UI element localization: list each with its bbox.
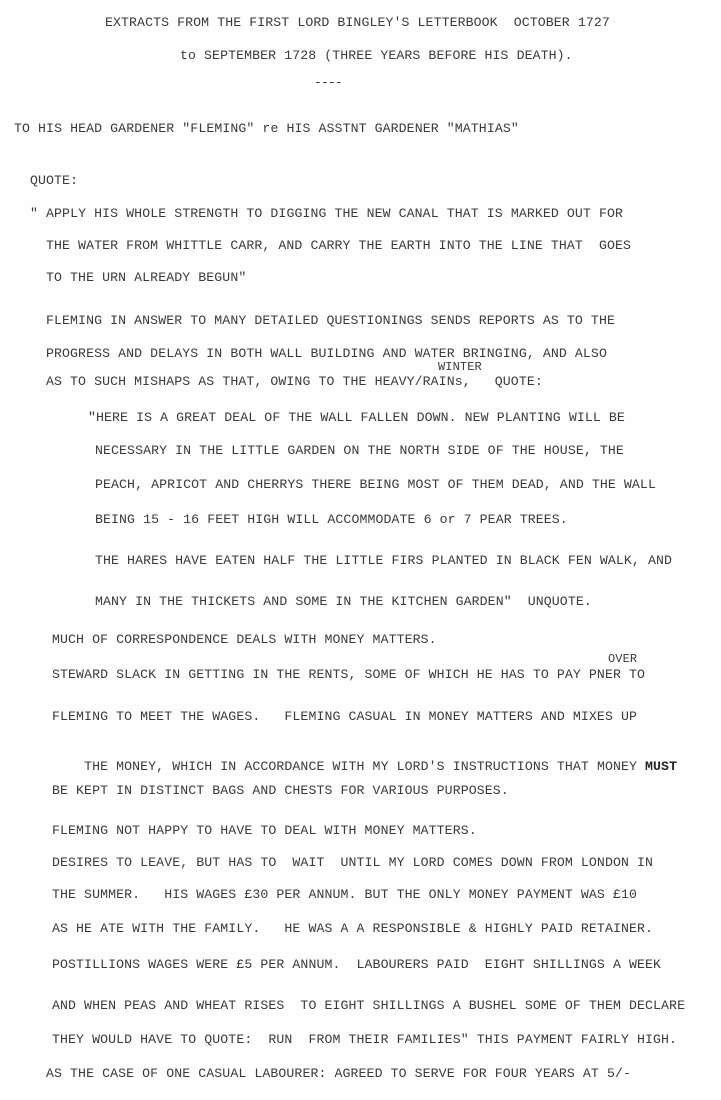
closing-line-8: AS THE CASE OF ONE CASUAL LABOURER: AGRE… — [46, 1066, 631, 1082]
reports-line-3: AS TO SUCH MISHAPS AS THAT, OWING TO THE… — [46, 374, 543, 390]
closing-line-3: THE SUMMER. HIS WAGES £30 PER ANNUM. BUT… — [52, 887, 637, 903]
title-line-1: EXTRACTS FROM THE FIRST LORD BINGLEY'S L… — [105, 15, 610, 31]
quote1-line-2: THE WATER FROM WHITTLE CARR, AND CARRY T… — [46, 238, 631, 254]
quote2-line-5: THE HARES HAVE EATEN HALF THE LITTLE FIR… — [95, 553, 672, 569]
title-line-2: to SEPTEMBER 1728 (THREE YEARS BEFORE HI… — [180, 48, 573, 64]
separator: ---- — [314, 75, 342, 91]
money-line-1: MUCH OF CORRESPONDENCE DEALS WITH MONEY … — [52, 632, 437, 648]
money-line-2: STEWARD SLACK IN GETTING IN THE RENTS, S… — [52, 667, 645, 683]
money-line-4-text: THE MONEY, WHICH IN ACCORDANCE WITH MY L… — [84, 759, 645, 774]
quote1-line-3: TO THE URN ALREADY BEGUN" — [46, 270, 246, 286]
quote2-line-2: NECESSARY IN THE LITTLE GARDEN ON THE NO… — [95, 443, 624, 459]
reports-line-1: FLEMING IN ANSWER TO MANY DETAILED QUEST… — [46, 313, 615, 329]
closing-line-5: POSTILLIONS WAGES WERE £5 PER ANNUM. LAB… — [52, 957, 661, 973]
quote2-line-6: MANY IN THE THICKETS AND SOME IN THE KIT… — [95, 594, 592, 610]
money-line-3: FLEMING TO MEET THE WAGES. FLEMING CASUA… — [52, 709, 637, 725]
quote1-line-1: " APPLY HIS WHOLE STRENGTH TO DIGGING TH… — [30, 206, 623, 222]
closing-line-7: THEY WOULD HAVE TO QUOTE: RUN FROM THEIR… — [52, 1032, 677, 1048]
must-word: MUST — [645, 759, 677, 774]
insertion-over: OVER — [608, 653, 637, 665]
quote-label: QUOTE: — [30, 173, 78, 189]
insertion-winter: WINTER — [438, 361, 482, 373]
closing-line-4: AS HE ATE WITH THE FAMILY. HE WAS A A RE… — [52, 921, 653, 937]
closing-line-1: FLEMING NOT HAPPY TO HAVE TO DEAL WITH M… — [52, 823, 477, 839]
quote2-line-3: PEACH, APRICOT AND CHERRYS THERE BEING M… — [95, 477, 656, 493]
addressee-line: TO HIS HEAD GARDENER "FLEMING" re HIS AS… — [14, 121, 519, 137]
money-line-5: BE KEPT IN DISTINCT BAGS AND CHESTS FOR … — [52, 783, 509, 799]
reports-line-2: PROGRESS AND DELAYS IN BOTH WALL BUILDIN… — [46, 346, 607, 362]
document-page: EXTRACTS FROM THE FIRST LORD BINGLEY'S L… — [0, 0, 721, 1100]
closing-line-6: AND WHEN PEAS AND WHEAT RISES TO EIGHT S… — [52, 998, 685, 1014]
closing-line-2: DESIRES TO LEAVE, BUT HAS TO WAIT UNTIL … — [52, 855, 653, 871]
quote2-line-1: "HERE IS A GREAT DEAL OF THE WALL FALLEN… — [88, 410, 625, 426]
quote2-line-4: BEING 15 - 16 FEET HIGH WILL ACCOMMODATE… — [95, 512, 568, 528]
